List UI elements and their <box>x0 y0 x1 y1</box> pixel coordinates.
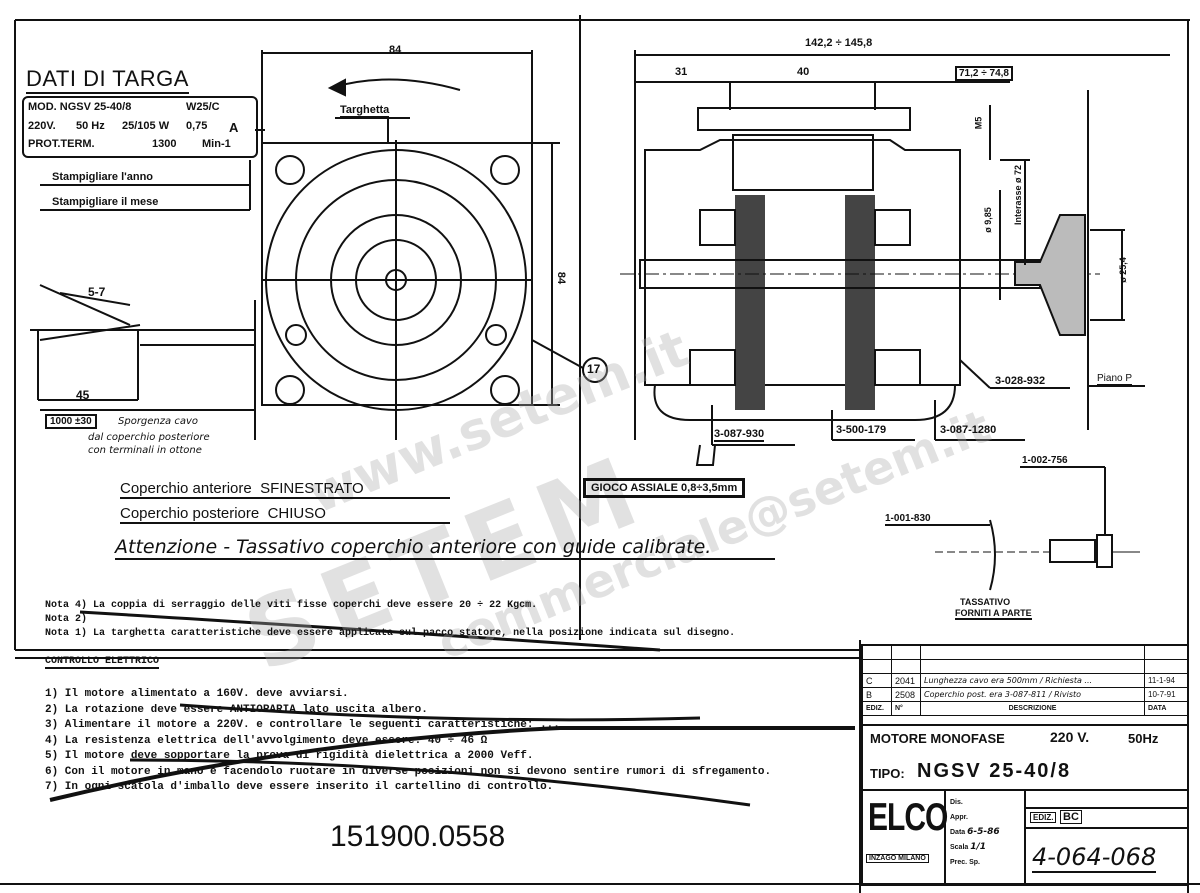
front-width-dim: 84 <box>389 44 401 56</box>
flange-dim: ø 25,4 <box>1118 257 1128 283</box>
balloon-17: 17 <box>587 362 600 376</box>
nameplate-current-unit: A <box>229 120 238 135</box>
part-3-087-930: 3-087-930 <box>714 428 764 442</box>
revision-table: C 2041 Lunghezza cavo era 500mm / Richie… <box>862 645 1188 716</box>
strip-length-dim: 5-7 <box>88 285 105 299</box>
plane-label: Piano P <box>1097 373 1132 386</box>
notes-block: Nota 4) La coppia di serraggio delle vit… <box>45 599 735 641</box>
accessory-note-1: TASSATIVO <box>960 597 1010 607</box>
axial-play-box: GIOCO ASSIALE 0,8÷3,5mm <box>583 478 745 498</box>
overall-length-dim: 142,2 ÷ 145,8 <box>805 37 872 49</box>
front-cover-value: SFINESTRATO <box>260 480 364 497</box>
signature-block: Dis. Appr. Data 6-5-86 Scala 1/1 Prec. S… <box>950 795 1000 870</box>
check-item: 1) Il motore alimentato a 160V. deve avv… <box>45 687 771 703</box>
dim-40: 40 <box>797 66 809 78</box>
cable-note-1: Sporgenza cavo <box>118 416 198 427</box>
edition-label: EDIZ. <box>1030 812 1056 823</box>
cable-length-dim: 1000 ±30 <box>45 414 97 429</box>
stamp-month: Stampigliare il mese <box>52 196 158 208</box>
check-item: 4) La resistenza elettrica dell'avvolgim… <box>45 734 771 750</box>
nameplate-title: DATI DI TARGA <box>26 66 189 94</box>
nameplate-speed: 1300 <box>152 138 176 150</box>
product-description: MOTORE MONOFASE <box>870 731 1005 746</box>
nameplate-power: 25/105 W <box>122 120 169 132</box>
nameplate-location-label: Targhetta <box>340 104 389 118</box>
bore-dim: ø 9,85 <box>983 207 993 233</box>
scale-label: Scala <box>950 844 968 851</box>
cable-note-2: dal coperchio posteriore <box>88 432 210 443</box>
date-value: 6-5-86 <box>967 827 1000 837</box>
scale-value: 1/1 <box>970 842 986 852</box>
warning-note: Attenzione - Tassativo coperchio anterio… <box>115 536 775 560</box>
front-cover-label: Coperchio anteriore <box>120 480 252 497</box>
edition-value: BC <box>1060 810 1082 824</box>
fan-interaxis-dim: Interasse ø 72 <box>1013 165 1023 225</box>
drawing-number: 4-064-068 <box>1032 843 1156 873</box>
prev-label: Prec. Sp. <box>950 855 1000 870</box>
revision-header: EDIZ. N° DESCRIZIONE DATA <box>863 702 1188 716</box>
shaft-length-dim: 71,2 ÷ 74,8 <box>955 66 1013 81</box>
check-item: 3) Alimentare il motore a 220V. e contro… <box>45 718 771 734</box>
check-item: 5) Il motore deve sopportare la prova di… <box>45 749 771 765</box>
check-item: 6) Con il motore in mano e facendolo ruo… <box>45 765 771 781</box>
rear-cover-label: Coperchio posteriore <box>120 505 259 522</box>
nameplate-current: 0,75 <box>186 120 207 132</box>
nameplate-model-code: W25/C <box>186 101 220 113</box>
drawn-label: Dis. <box>950 795 1000 810</box>
type-label: TIPO: <box>870 766 905 781</box>
part-3-087-1280: 3-087-1280 <box>940 424 996 436</box>
part-3-500-179: 3-500-179 <box>836 424 886 436</box>
nameplate-protection: PROT.TERM. <box>28 138 95 150</box>
check-item: 7) In ogni scatola d'imballo deve essere… <box>45 780 771 796</box>
revision-row: C 2041 Lunghezza cavo era 500mm / Richie… <box>863 674 1188 688</box>
type-value: NGSV 25-40/8 <box>917 760 1071 783</box>
nameplate-frequency: 50 Hz <box>76 120 105 132</box>
date-label: Data <box>950 829 965 836</box>
accessory-note-2: FORNITI A PARTE <box>955 608 1032 620</box>
dim-31: 31 <box>675 66 687 78</box>
approved-label: Appr. <box>950 810 1000 825</box>
nameplate-voltage: 220V. <box>28 120 56 132</box>
nameplate-speed-unit: Min-1 <box>202 138 231 150</box>
cable-dim-45: 45 <box>76 388 89 402</box>
cable-note-3: con terminali in ottone <box>88 445 202 456</box>
front-cover-note: Coperchio anteriore SFINESTRATO <box>120 480 450 499</box>
dim-m5: M5 <box>973 117 983 130</box>
check-item: 2) La rotazione deve essere ANTIORARIA l… <box>45 703 771 719</box>
document-number: 151900.0558 <box>330 820 505 854</box>
company-logo: ELCO <box>868 796 947 840</box>
rear-cover-value: CHIUSO <box>268 505 326 522</box>
electrical-check-title: CONTROLLO ELETTRICO <box>45 656 159 669</box>
revision-row: B 2508 Coperchio post. era 3-087-811 / R… <box>863 688 1188 702</box>
note-4: Nota 4) La coppia di serraggio delle vit… <box>45 599 735 613</box>
product-frequency: 50Hz <box>1128 731 1158 746</box>
part-1-002-756: 1-002-756 <box>1022 455 1068 468</box>
electrical-check-list: 1) Il motore alimentato a 160V. deve avv… <box>45 687 771 796</box>
part-1-001-830: 1-001-830 <box>885 513 931 524</box>
company-city: INZAGO MILANO <box>866 854 929 863</box>
nameplate-model: MOD. NGSV 25-40/8 <box>28 101 131 113</box>
nameplate-box: MOD. NGSV 25-40/8 W25/C 220V. 50 Hz 25/1… <box>22 96 258 158</box>
note-1: Nota 1) La targhetta caratteristiche dev… <box>45 627 735 641</box>
product-voltage: 220 V. <box>1050 729 1089 745</box>
front-height-dim: 84 <box>555 272 567 284</box>
rear-cover-note: Coperchio posteriore CHIUSO <box>120 505 450 524</box>
part-3-028-932: 3-028-932 <box>995 375 1045 387</box>
stamp-year: Stampigliare l'anno <box>52 171 153 183</box>
note-2: Nota 2) <box>45 613 735 627</box>
